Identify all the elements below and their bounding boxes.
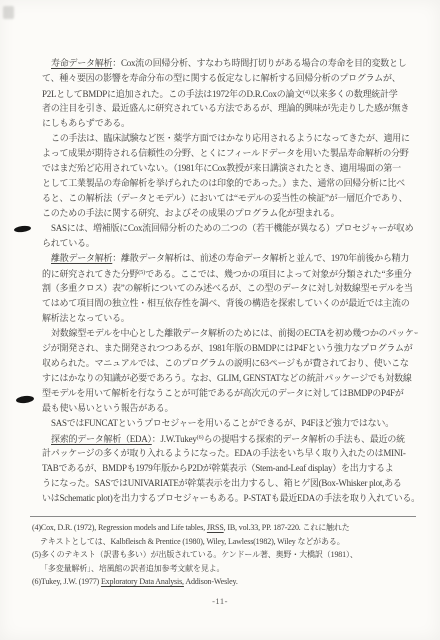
text-segment: 以来多くの数理統計学 — [310, 89, 398, 99]
text-line: P2LとしてBMDPに追加された。この手法は1972年のD.R.Coxの論文(4… — [42, 86, 418, 101]
text-line: いはSchematic plot)を出力するプロセジャーもある。P-STATも最… — [42, 491, 418, 506]
text-line: として工業製品の寿命解析を挙げられたのは印象的であった。）また、通常の回帰分析に… — [42, 176, 418, 191]
text-line: ジが開発され、また開発されつつあるが、1981年版のBMDPにはP4Fという強力… — [42, 341, 418, 356]
text-line: 「多変量解析」、培風館の訳者追加参考文献を見よ。 — [32, 562, 420, 576]
underlined-text: 離散データ解析 — [51, 253, 112, 263]
text-line: 対数線型モデルを中心とした離散データ解析のためには、前掲のECTAを初め幾つかの… — [42, 326, 418, 341]
text-segment: てはめて項目間の独立性・相互依存性を調べ、背後の構造を探索していくのが最近では主… — [42, 298, 410, 308]
text-segment: として工業製品の寿命解析を挙げられたのは印象的であった。）また、通常の回帰分析に… — [42, 178, 405, 188]
text-segment: ると、この解析法（データとモデル）においては“モデルの妥当性の検証”が一層厄介で… — [42, 193, 407, 203]
text-line: TABであるが、BMDPも1979年版からP2Dが幹葉表示（Stem-and-L… — [42, 461, 418, 476]
document-page: 寿命データ解析：Cox流の回帰分析、すなわち時間打切りがある場合の寿命を目的変数… — [0, 0, 440, 640]
text-line: よって成果が期待される信頼性の分野、とくにフィールドデータを用いた製品寿命解析の… — [42, 146, 418, 161]
text-segment: (4)Cox, D.R. (1972), Regression models a… — [32, 523, 207, 532]
document-body-text: 寿命データ解析：Cox流の回帰分析、すなわち時間打切りがある場合の寿命を目的変数… — [42, 56, 418, 506]
text-segment: P2LとしてBMDPに追加された。この手法は1972年のD.R.Coxの論文 — [42, 89, 303, 99]
text-segment: ：Cox流の回帰分析、すなわち時間打切りがある場合の寿命を目的変数とし — [112, 58, 406, 68]
text-segment: SASではFUNCATというプロセジャーを用いることができるが、P4Fほど強力で… — [51, 418, 394, 428]
text-segment: 計パッケージの多くが取り入れるようになった。EDAの手法をいち早く取り入れたのは… — [42, 448, 406, 458]
text-segment: られている。 — [42, 238, 95, 248]
text-line: 解析法となっている。 — [42, 311, 418, 326]
text-line: この手法は、臨床試験など医・薬学方面ではかなり応用されるようになってきたが、適用… — [42, 131, 418, 146]
underlined-text: 探索的データ解析（EDA） — [51, 434, 152, 444]
text-line: 探索的データ解析（EDA）：J.W.Tukey(6)らの提唱する探索的データ解析… — [42, 431, 418, 446]
ink-blob-artifact — [14, 225, 32, 233]
text-line: (6)Tukey, J.W. (1977) Exploratory Data A… — [32, 575, 420, 589]
text-line: (4)Cox, D.R. (1972), Regression models a… — [32, 521, 420, 535]
text-segment: うになった。SASではUNIVARIATEが幹葉表示を出力するし、箱ヒゲ図(Bo… — [42, 478, 402, 488]
text-segment: らの提唱する探索的データ解析の手法も、最近の統 — [204, 434, 405, 444]
text-segment: 最も使い易いという報告がある。 — [42, 403, 173, 413]
text-line: ると、この解析法（データとモデル）においては“モデルの妥当性の検証”が一層厄介で… — [42, 191, 418, 206]
text-segment: 割（多重クロス）表”の解析についてのみ述べるが、この型のデータに対し対数線型モデ… — [42, 283, 413, 293]
text-segment: て、種々要因の影響を寿命分布の型に関する仮定なしに解析する回帰分析のプログラムが… — [42, 73, 400, 83]
text-segment: 収められた。マニュアルでは、このプログラムの説明に63ページもが費されており、使… — [42, 358, 409, 368]
text-segment: 対数線型モデルを中心とした離散データ解析のためには、前掲のECTAを初め幾つかの… — [51, 328, 418, 338]
text-line: このための手法に関する研究、およびその成果のプログラム化が望まれる。 — [42, 206, 418, 221]
text-line: ではまだ殆ど応用されていない。（1981年にCox教授が来日講演されたとき、適用… — [42, 161, 418, 176]
ink-blob-artifact — [16, 395, 35, 404]
text-line: 寿命データ解析：Cox流の回帰分析、すなわち時間打切りがある場合の寿命を目的変数… — [42, 56, 418, 71]
text-line: 者の注目を引き、最近盛んに研究されている方法であるが、理論的興味が先走りした感が… — [42, 101, 418, 116]
text-segment: ジが開発され、また開発されつつあるが、1981年版のBMDPにはP4Fという強力… — [42, 343, 413, 353]
text-line: 計パッケージの多くが取り入れるようになった。EDAの手法をいち早く取り入れたのは… — [42, 446, 418, 461]
text-segment: ：離散データ解析は、前述の寿命データ解析と並んで、1970年前後から精力 — [112, 253, 409, 263]
footnote-ref: (6) — [197, 435, 204, 441]
underlined-text: Exploratory Data Analysis, — [101, 577, 184, 586]
footnotes: (4)Cox, D.R. (1972), Regression models a… — [32, 521, 420, 589]
text-segment: TABであるが、BMDPも1979年版からP2Dが幹葉表示（Stem-and-L… — [42, 463, 394, 473]
text-segment: 的に研究されてきた分野 — [42, 269, 138, 279]
underlined-text: 寿命データ解析 — [51, 58, 112, 68]
text-line: (5)多くのテキスト（訳書も多い）が出版されている。ケンドール著、奥野・大橋訳（… — [32, 548, 420, 562]
text-line: 的に研究されてきた分野(5)である。ここでは、幾つかの項目によって対象が分類され… — [42, 266, 418, 281]
text-line: にしもあらずである。 — [42, 116, 418, 131]
text-segment: 「多変量解析」、培風館の訳者追加参考文献を見よ。 — [40, 564, 224, 573]
text-line: てはめて項目間の独立性・相互依存性を調べ、背後の構造を探索していくのが最近では主… — [42, 296, 418, 311]
footnote-separator — [30, 516, 416, 517]
text-line: て、種々要因の影響を寿命分布の型に関する仮定なしに解析する回帰分析のプログラムが… — [42, 71, 418, 86]
text-segment: SASには、増補版にCox流回帰分析のための二つの（若干機能が異なる）プロセジャ… — [51, 223, 413, 233]
text-segment: テキストとしては、Kalbfleisch & Prentice (1980), … — [40, 537, 345, 546]
text-line: SASではFUNCATというプロセジャーを用いることができるが、P4Fほど強力で… — [42, 416, 418, 431]
text-line: すにはかなりの知識が必要であろう。なお、GLIM, GENSTATなどの統計パッ… — [42, 371, 418, 386]
text-segment: このための手法に関する研究、およびその成果のプログラム化が望まれる。 — [42, 208, 339, 218]
text-line: テキストとしては、Kalbfleisch & Prentice (1980), … — [32, 535, 420, 549]
text-segment: 解析法となっている。 — [42, 313, 130, 323]
text-segment: 者の注目を引き、最近盛んに研究されている方法であるが、理論的興味が先走りした感が… — [42, 103, 409, 113]
text-line: 割（多重クロス）表”の解析についてのみ述べるが、この型のデータに対し対数線型モデ… — [42, 281, 418, 296]
text-segment: にしもあらずである。 — [42, 118, 130, 128]
text-segment: (5)多くのテキスト（訳書も多い）が出版されている。ケンドール著、奥野・大橋訳（… — [32, 550, 358, 559]
underlined-text: JRSS — [207, 523, 224, 532]
corner-scan-mark — [3, 6, 14, 19]
text-segment: である。ここでは、幾つかの項目によって対象が分類された“多重分 — [145, 269, 411, 279]
text-segment: ではまだ殆ど応用されていない。（1981年にCox教授が来日講演されたとき、適用… — [42, 163, 401, 173]
text-segment: よって成果が期待される信頼性の分野、とくにフィールドデータを用いた製品寿命解析の… — [42, 148, 409, 158]
page-number: -11- — [0, 596, 440, 606]
text-line: 収められた。マニュアルでは、このプログラムの説明に63ページもが費されており、使… — [42, 356, 418, 371]
text-segment: いはSchematic plot)を出力するプロセジャーもある。P-STATも最… — [42, 493, 418, 503]
text-segment: 型モデルを用いて解析を行なうことが可能であるが高次元のデータに対してはBMDPの… — [42, 388, 404, 398]
text-segment: ：J.W.Tukey — [152, 434, 197, 444]
text-line: られている。 — [42, 236, 418, 251]
text-segment: この手法は、臨床試験など医・薬学方面ではかなり応用されるようになってきたが、適用… — [51, 133, 410, 143]
footnote-ref: (4) — [303, 90, 310, 96]
text-line: うになった。SASではUNIVARIATEが幹葉表示を出力するし、箱ヒゲ図(Bo… — [42, 476, 418, 491]
text-segment: すにはかなりの知識が必要であろう。なお、GLIM, GENSTATなどの統計パッ… — [42, 373, 412, 383]
text-line: SASには、増補版にCox流回帰分析のための二つの（若干機能が異なる）プロセジャ… — [42, 221, 418, 236]
text-line: 離散データ解析：離散データ解析は、前述の寿命データ解析と並んで、1970年前後か… — [42, 251, 418, 266]
text-segment: (6)Tukey, J.W. (1977) — [32, 577, 101, 586]
text-line: 型モデルを用いて解析を行なうことが可能であるが高次元のデータに対してはBMDPの… — [42, 386, 418, 401]
text-segment: , IB, vol.33, PP. 187-220. これに触れた — [224, 523, 350, 532]
text-segment: Addison-Wesley. — [184, 577, 238, 586]
text-line: 最も使い易いという報告がある。 — [42, 401, 418, 416]
